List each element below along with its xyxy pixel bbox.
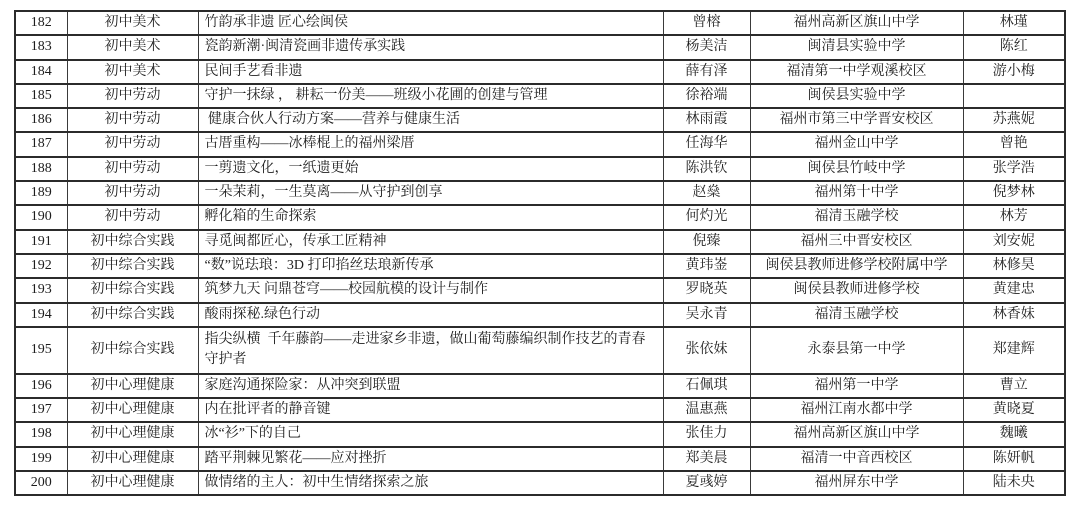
- cell-serial-number: 192: [15, 254, 67, 278]
- cell-school-name: 永泰县第一中学: [750, 327, 963, 374]
- cell-lesson-title: 寻觅闽都匠心，传承工匠精神: [198, 230, 663, 254]
- table-row: 196 初中心理健康 家庭沟通探险家：从冲突到联盟 石佩琪 福州第一中学 曹立: [15, 374, 1065, 398]
- cell-lesson-title: 踏平荆棘见繁花——应对挫折: [198, 447, 663, 471]
- table-row: 193 初中综合实践 筑梦九天 问鼎苍穹——校园航模的设计与制作 罗晓英 闽侯县…: [15, 278, 1065, 302]
- cell-advisor-name: 郑建辉: [963, 327, 1065, 374]
- cell-serial-number: 186: [15, 108, 67, 132]
- cell-category: 初中心理健康: [67, 447, 198, 471]
- cell-school-name: 福清第一中学观溪校区: [750, 60, 963, 84]
- cell-lesson-title: 竹韵承非遗 匠心绘闽侯: [198, 11, 663, 35]
- cell-category: 初中美术: [67, 11, 198, 35]
- cell-advisor-name: 魏曦: [963, 422, 1065, 446]
- cell-advisor-name: 曹立: [963, 374, 1065, 398]
- cell-school-name: 福州金山中学: [750, 132, 963, 156]
- cell-lesson-title: 家庭沟通探险家：从冲突到联盟: [198, 374, 663, 398]
- cell-serial-number: 195: [15, 327, 67, 374]
- cell-school-name: 福清玉融学校: [750, 303, 963, 327]
- cell-teacher-name: 张佳力: [663, 422, 750, 446]
- cell-school-name: 福州江南水都中学: [750, 398, 963, 422]
- cell-school-name: 福州第十中学: [750, 181, 963, 205]
- table-row: 186 初中劳动 健康合伙人行动方案——营养与健康生活 林雨霞 福州市第三中学晋…: [15, 108, 1065, 132]
- cell-advisor-name: 林芳: [963, 205, 1065, 229]
- table-row: 192 初中综合实践 “数”说珐琅：3D 打印掐丝珐琅新传承 黄玮崟 闽侯县教师…: [15, 254, 1065, 278]
- table-row: 184 初中美术 民间手艺看非遗 薛有泽 福清第一中学观溪校区 游小梅: [15, 60, 1065, 84]
- cell-advisor-name: 林修昊: [963, 254, 1065, 278]
- cell-serial-number: 187: [15, 132, 67, 156]
- cell-lesson-title: 守护一抹绿 ， 耕耘一份美——班级小花圃的创建与管理: [198, 84, 663, 108]
- cell-category: 初中劳动: [67, 132, 198, 156]
- document-page: 182 初中美术 竹韵承非遗 匠心绘闽侯 曾榕 福州高新区旗山中学 林瑾 183…: [0, 0, 1080, 516]
- cell-category: 初中综合实践: [67, 254, 198, 278]
- cell-category: 初中劳动: [67, 181, 198, 205]
- cell-school-name: 福清一中音西校区: [750, 447, 963, 471]
- lesson-list-table: 182 初中美术 竹韵承非遗 匠心绘闽侯 曾榕 福州高新区旗山中学 林瑾 183…: [14, 10, 1066, 496]
- table-row: 185 初中劳动 守护一抹绿 ， 耕耘一份美——班级小花圃的创建与管理 徐裕端 …: [15, 84, 1065, 108]
- cell-teacher-name: 陈洪钦: [663, 157, 750, 181]
- table-body: 182 初中美术 竹韵承非遗 匠心绘闽侯 曾榕 福州高新区旗山中学 林瑾 183…: [15, 11, 1065, 495]
- cell-lesson-title: 民间手艺看非遗: [198, 60, 663, 84]
- cell-school-name: 福州高新区旗山中学: [750, 11, 963, 35]
- cell-lesson-title: 筑梦九天 问鼎苍穹——校园航模的设计与制作: [198, 278, 663, 302]
- cell-lesson-title: 冰“衫”下的自己: [198, 422, 663, 446]
- cell-lesson-title: 孵化箱的生命探索: [198, 205, 663, 229]
- cell-advisor-name: 张学浩: [963, 157, 1065, 181]
- cell-advisor-name: [963, 84, 1065, 108]
- cell-advisor-name: 林香妹: [963, 303, 1065, 327]
- table-row: 199 初中心理健康 踏平荆棘见繁花——应对挫折 郑美晨 福清一中音西校区 陈妍…: [15, 447, 1065, 471]
- cell-teacher-name: 张依妹: [663, 327, 750, 374]
- cell-school-name: 福州高新区旗山中学: [750, 422, 963, 446]
- cell-serial-number: 199: [15, 447, 67, 471]
- cell-advisor-name: 游小梅: [963, 60, 1065, 84]
- cell-school-name: 福州第一中学: [750, 374, 963, 398]
- cell-category: 初中综合实践: [67, 303, 198, 327]
- table-row: 187 初中劳动 古厝重构——冰棒棍上的福州梁厝 任海华 福州金山中学 曾艳: [15, 132, 1065, 156]
- cell-teacher-name: 任海华: [663, 132, 750, 156]
- cell-teacher-name: 石佩琪: [663, 374, 750, 398]
- cell-advisor-name: 陈妍帆: [963, 447, 1065, 471]
- cell-advisor-name: 苏燕妮: [963, 108, 1065, 132]
- cell-category: 初中心理健康: [67, 422, 198, 446]
- cell-teacher-name: 何灼光: [663, 205, 750, 229]
- cell-category: 初中劳动: [67, 84, 198, 108]
- cell-serial-number: 193: [15, 278, 67, 302]
- cell-serial-number: 200: [15, 471, 67, 495]
- table-row: 200 初中心理健康 做情绪的主人：初中生情绪探索之旅 夏彧婷 福州屏东中学 陆…: [15, 471, 1065, 495]
- cell-school-name: 闽侯县实验中学: [750, 84, 963, 108]
- cell-lesson-title: 酸雨探秘.绿色行动: [198, 303, 663, 327]
- cell-school-name: 闽清县实验中学: [750, 35, 963, 59]
- cell-serial-number: 184: [15, 60, 67, 84]
- cell-teacher-name: 赵燊: [663, 181, 750, 205]
- cell-category: 初中综合实践: [67, 230, 198, 254]
- table-row: 182 初中美术 竹韵承非遗 匠心绘闽侯 曾榕 福州高新区旗山中学 林瑾: [15, 11, 1065, 35]
- cell-category: 初中劳动: [67, 205, 198, 229]
- cell-teacher-name: 林雨霞: [663, 108, 750, 132]
- cell-teacher-name: 温惠燕: [663, 398, 750, 422]
- cell-serial-number: 190: [15, 205, 67, 229]
- cell-serial-number: 189: [15, 181, 67, 205]
- cell-lesson-title: 一剪遗文化，一纸遗更始: [198, 157, 663, 181]
- table-row: 195 初中综合实践 指尖纵横 千年藤韵——走进家乡非遗，做山葡萄藤编织制作技艺…: [15, 327, 1065, 374]
- cell-advisor-name: 倪梦林: [963, 181, 1065, 205]
- table-row: 197 初中心理健康 内在批评者的静音键 温惠燕 福州江南水都中学 黄晓夏: [15, 398, 1065, 422]
- cell-serial-number: 182: [15, 11, 67, 35]
- table-row: 190 初中劳动 孵化箱的生命探索 何灼光 福清玉融学校 林芳: [15, 205, 1065, 229]
- cell-lesson-title: 指尖纵横 千年藤韵——走进家乡非遗，做山葡萄藤编织制作技艺的青春守护者: [198, 327, 663, 374]
- cell-teacher-name: 徐裕端: [663, 84, 750, 108]
- cell-lesson-title: “数”说珐琅：3D 打印掐丝珐琅新传承: [198, 254, 663, 278]
- cell-lesson-title: 内在批评者的静音键: [198, 398, 663, 422]
- cell-category: 初中心理健康: [67, 374, 198, 398]
- cell-teacher-name: 倪臻: [663, 230, 750, 254]
- cell-advisor-name: 黄晓夏: [963, 398, 1065, 422]
- cell-category: 初中美术: [67, 60, 198, 84]
- cell-teacher-name: 杨美洁: [663, 35, 750, 59]
- cell-advisor-name: 曾艳: [963, 132, 1065, 156]
- cell-category: 初中劳动: [67, 157, 198, 181]
- table-row: 189 初中劳动 一朵茉莉，一生莫离——从守护到创享 赵燊 福州第十中学 倪梦林: [15, 181, 1065, 205]
- cell-serial-number: 198: [15, 422, 67, 446]
- cell-serial-number: 185: [15, 84, 67, 108]
- cell-school-name: 闽侯县竹岐中学: [750, 157, 963, 181]
- cell-teacher-name: 黄玮崟: [663, 254, 750, 278]
- cell-school-name: 福清玉融学校: [750, 205, 963, 229]
- cell-category: 初中美术: [67, 35, 198, 59]
- cell-teacher-name: 曾榕: [663, 11, 750, 35]
- cell-category: 初中心理健康: [67, 398, 198, 422]
- cell-teacher-name: 夏彧婷: [663, 471, 750, 495]
- table-row: 191 初中综合实践 寻觅闽都匠心，传承工匠精神 倪臻 福州三中晋安校区 刘安妮: [15, 230, 1065, 254]
- cell-teacher-name: 郑美晨: [663, 447, 750, 471]
- cell-serial-number: 183: [15, 35, 67, 59]
- table-row: 194 初中综合实践 酸雨探秘.绿色行动 吴永青 福清玉融学校 林香妹: [15, 303, 1065, 327]
- cell-teacher-name: 薛有泽: [663, 60, 750, 84]
- cell-school-name: 福州屏东中学: [750, 471, 963, 495]
- cell-category: 初中劳动: [67, 108, 198, 132]
- table-row: 188 初中劳动 一剪遗文化，一纸遗更始 陈洪钦 闽侯县竹岐中学 张学浩: [15, 157, 1065, 181]
- cell-school-name: 闽侯县教师进修学校附属中学: [750, 254, 963, 278]
- cell-advisor-name: 陈红: [963, 35, 1065, 59]
- cell-category: 初中心理健康: [67, 471, 198, 495]
- cell-advisor-name: 林瑾: [963, 11, 1065, 35]
- cell-serial-number: 197: [15, 398, 67, 422]
- cell-category: 初中综合实践: [67, 327, 198, 374]
- cell-lesson-title: 古厝重构——冰棒棍上的福州梁厝: [198, 132, 663, 156]
- table-row: 183 初中美术 瓷韵新潮·闽清瓷画非遗传承实践 杨美洁 闽清县实验中学 陈红: [15, 35, 1065, 59]
- cell-advisor-name: 黄建忠: [963, 278, 1065, 302]
- cell-school-name: 福州三中晋安校区: [750, 230, 963, 254]
- cell-lesson-title: 瓷韵新潮·闽清瓷画非遗传承实践: [198, 35, 663, 59]
- cell-category: 初中综合实践: [67, 278, 198, 302]
- cell-serial-number: 191: [15, 230, 67, 254]
- cell-advisor-name: 陆未央: [963, 471, 1065, 495]
- cell-lesson-title: 做情绪的主人：初中生情绪探索之旅: [198, 471, 663, 495]
- cell-serial-number: 194: [15, 303, 67, 327]
- cell-teacher-name: 吴永青: [663, 303, 750, 327]
- cell-school-name: 闽侯县教师进修学校: [750, 278, 963, 302]
- table-row: 198 初中心理健康 冰“衫”下的自己 张佳力 福州高新区旗山中学 魏曦: [15, 422, 1065, 446]
- cell-teacher-name: 罗晓英: [663, 278, 750, 302]
- cell-advisor-name: 刘安妮: [963, 230, 1065, 254]
- cell-serial-number: 196: [15, 374, 67, 398]
- cell-school-name: 福州市第三中学晋安校区: [750, 108, 963, 132]
- cell-lesson-title: 健康合伙人行动方案——营养与健康生活: [198, 108, 663, 132]
- cell-serial-number: 188: [15, 157, 67, 181]
- cell-lesson-title: 一朵茉莉，一生莫离——从守护到创享: [198, 181, 663, 205]
